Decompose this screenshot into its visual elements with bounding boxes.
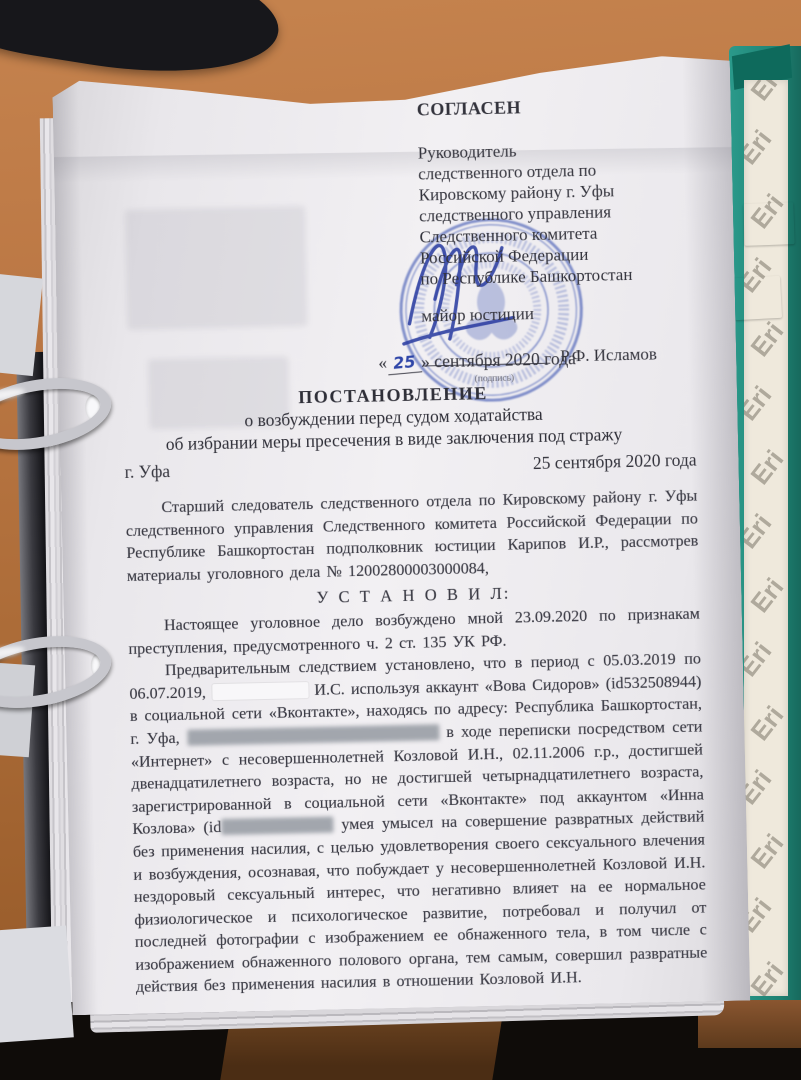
folder-pattern-text: Eri — [744, 124, 778, 170]
approver-rank: майор юстиции — [421, 299, 721, 327]
folder-pattern-text: Eri — [744, 444, 788, 490]
redaction-box — [187, 724, 439, 745]
photo-scene: EriEriEriEriEriEriEriEriEriEriEriEriEriE… — [0, 0, 801, 1080]
place-date-row: г. Уфа 25 сентября 2020 года — [124, 450, 696, 483]
pink-sticky-tab-light — [733, 276, 782, 320]
folder-pattern-text: Eri — [744, 572, 788, 618]
folder-pattern-text: Eri — [744, 892, 778, 938]
redaction-box — [212, 682, 308, 700]
place-label: г. Уфа — [124, 461, 170, 483]
agreement-date-line: «25» сентября 2020 года — [378, 348, 576, 374]
bleed-through-marks — [125, 206, 308, 330]
intro-paragraph: Старший следователь следственного отдела… — [125, 486, 699, 589]
pink-sticky-tab-bright — [743, 202, 794, 246]
redaction-box — [221, 817, 333, 835]
approver-title-lines: Руководительследственного отдела поКиров… — [418, 136, 721, 290]
folder-pattern-text: Eri — [744, 764, 778, 810]
folder-pattern-text: Eri — [744, 316, 788, 362]
folder-pattern-text: Eri — [744, 828, 788, 874]
folder-pattern-text: Eri — [744, 80, 788, 107]
body-paragraph: Предварительным следствием установлено, … — [129, 649, 708, 1000]
body-paragraphs: Настоящее уголовное дело возбуждено мной… — [128, 603, 708, 999]
date-rest: » сентября 2020 года — [421, 348, 576, 371]
folder-pattern-text: Eri — [744, 508, 778, 554]
folder-pattern-text: Eri — [744, 956, 788, 996]
dark-object-top-left — [0, 0, 287, 93]
folder-pattern-text: Eri — [744, 636, 778, 682]
document-date: 25 сентября 2020 года — [533, 450, 697, 475]
paper-edge-left-3 — [0, 926, 74, 1043]
folder-pattern-text: Eri — [744, 700, 788, 746]
document-page: СОГЛАСЕН Руководительследственного отдел… — [52, 47, 751, 1016]
folder-pattern-text: Eri — [744, 380, 778, 426]
handwritten-day: 25 — [386, 350, 422, 375]
document-body: Старший следователь следственного отдела… — [125, 486, 708, 1000]
approved-label: СОГЛАСЕН — [417, 93, 717, 121]
document-title-block: ПОСТАНОВЛЕНИЕ о возбуждении перед судом … — [59, 377, 728, 458]
agreement-block: СОГЛАСЕН Руководительследственного отдел… — [417, 93, 723, 391]
